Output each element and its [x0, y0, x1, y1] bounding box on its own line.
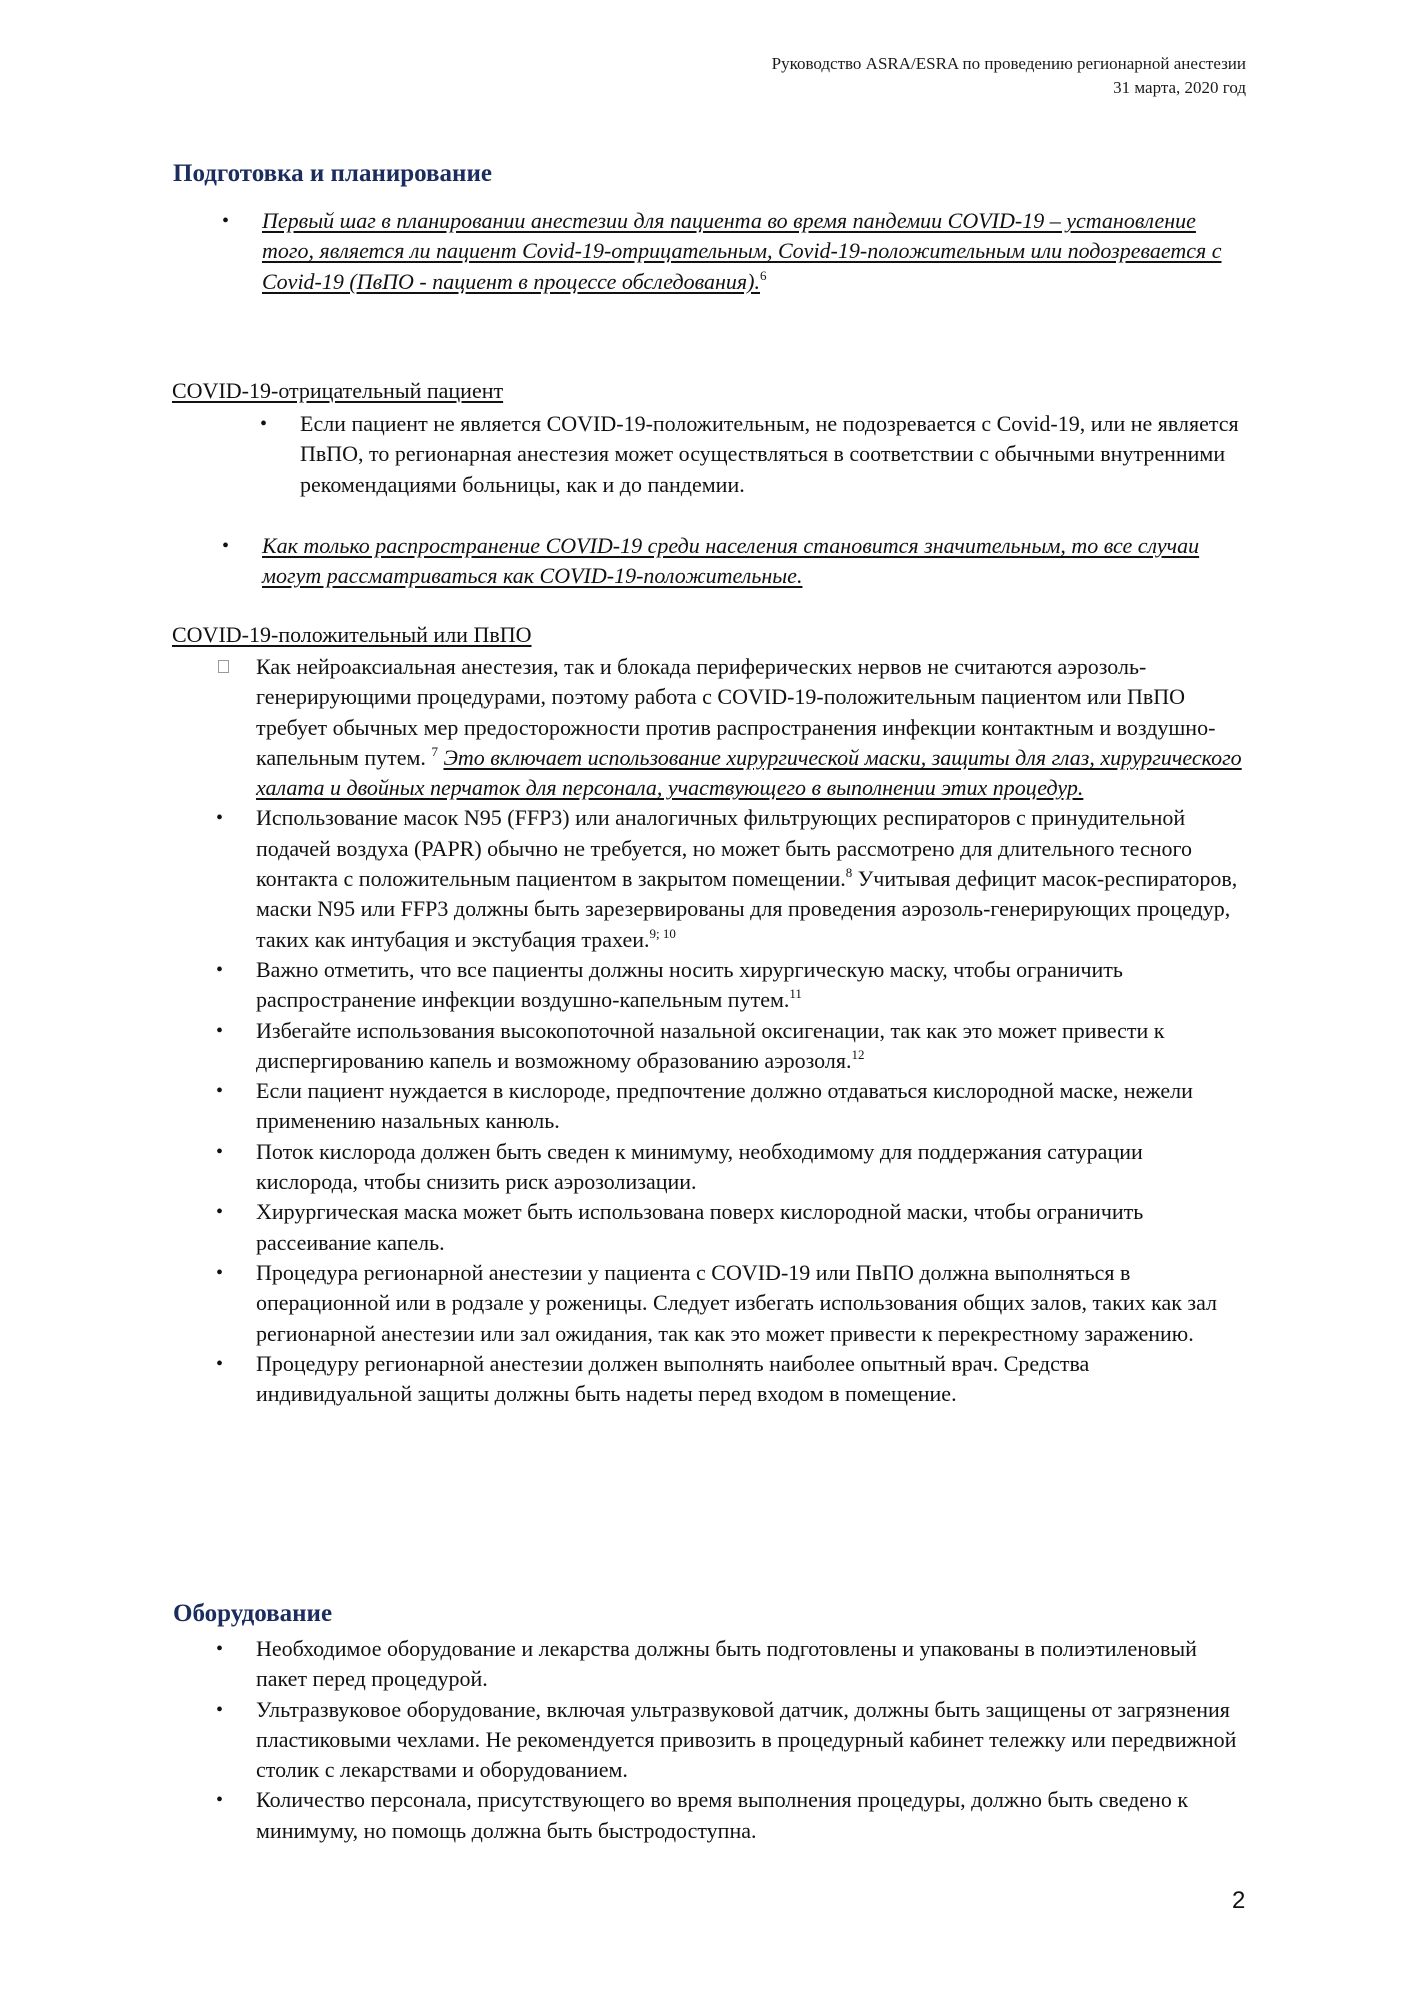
bullet-icon: • — [216, 1016, 223, 1046]
bullet-icon: • — [216, 1076, 223, 1106]
header-date: 31 марта, 2020 год — [772, 76, 1246, 100]
item-text: Как только распространение COVID-19 сред… — [262, 533, 1199, 588]
item-text: Процедуру регионарной анестезии должен в… — [256, 1351, 1089, 1406]
bullet-icon: • — [216, 1349, 223, 1379]
item-text: Первый шаг в планировании анестезии для … — [262, 208, 1222, 294]
list-item: • Если пациент нуждается в кислороде, пр… — [256, 1076, 1246, 1137]
list-item: • Количество персонала, присутствующего … — [256, 1785, 1246, 1846]
bullet-icon: • — [216, 1197, 223, 1227]
list-item: • Избегайте использования высокопоточной… — [256, 1016, 1246, 1077]
item-text: Если пациент не является COVID-19-положи… — [300, 411, 1239, 497]
item-text: Важно отметить, что все пациенты должны … — [256, 957, 1123, 1012]
positive-list: Как нейроаксиальная анестезия, так и бло… — [256, 652, 1246, 1409]
section-heading-planning: Подготовка и планирование — [173, 160, 492, 188]
list-item: • Как только распространение COVID-19 ср… — [262, 531, 1242, 592]
bullet-icon: • — [216, 1785, 223, 1815]
list-item: • Поток кислорода должен быть сведен к м… — [256, 1137, 1246, 1198]
list-item: • Хирургическая маска может быть использ… — [256, 1197, 1246, 1258]
item-text: Хирургическая маска может быть использов… — [256, 1199, 1143, 1254]
item-text: Ультразвуковое оборудование, включая уль… — [256, 1697, 1236, 1783]
negative-list-2: • Как только распространение COVID-19 ср… — [262, 531, 1242, 592]
list-item: • Процедуру регионарной анестезии должен… — [256, 1349, 1246, 1410]
page-number: 2 — [1232, 1887, 1245, 1915]
list-item: • Если пациент не является COVID-19-поло… — [300, 409, 1248, 500]
item-text: Избегайте использования высокопоточной н… — [256, 1018, 1164, 1073]
bullet-icon: • — [216, 1137, 223, 1167]
item-text: Необходимое оборудование и лекарства дол… — [256, 1636, 1197, 1691]
list-item: Как нейроаксиальная анестезия, так и бло… — [256, 652, 1246, 803]
subheading-negative: COVID-19-отрицательный пациент — [172, 378, 503, 404]
bullet-icon: • — [260, 409, 267, 439]
footnote-ref: 6 — [760, 268, 767, 283]
missing-glyph-bullet-icon — [218, 660, 229, 673]
bullet-icon: • — [216, 1695, 223, 1725]
list-item: • Первый шаг в планировании анестезии дл… — [262, 206, 1242, 297]
subheading-positive: COVID-19-положительный или ПвПО — [172, 622, 532, 648]
planning-list: • Первый шаг в планировании анестезии дл… — [262, 206, 1242, 297]
item-text: Процедура регионарной анестезии у пациен… — [256, 1260, 1217, 1346]
bullet-icon: • — [216, 803, 223, 833]
bullet-icon: • — [222, 206, 229, 236]
bullet-icon: • — [222, 531, 229, 561]
item-text: Количество персонала, присутствующего во… — [256, 1787, 1188, 1842]
footnote-ref: 9; 10 — [650, 926, 676, 941]
negative-list: • Если пациент не является COVID-19-поло… — [300, 409, 1248, 500]
bullet-icon: • — [216, 1634, 223, 1664]
equipment-list: • Необходимое оборудование и лекарства д… — [256, 1634, 1246, 1846]
bullet-icon: • — [216, 1258, 223, 1288]
footnote-ref: 12 — [851, 1047, 864, 1062]
list-item: • Процедура регионарной анестезии у паци… — [256, 1258, 1246, 1349]
list-item: • Необходимое оборудование и лекарства д… — [256, 1634, 1246, 1695]
list-item: • Использование масок N95 (FFP3) или ана… — [256, 803, 1246, 954]
list-item: • Важно отметить, что все пациенты должн… — [256, 955, 1246, 1016]
running-header: Руководство ASRA/ESRA по проведению реги… — [772, 52, 1246, 100]
item-text: Поток кислорода должен быть сведен к мин… — [256, 1139, 1143, 1194]
list-item: • Ультразвуковое оборудование, включая у… — [256, 1695, 1246, 1786]
footnote-ref: 11 — [789, 986, 802, 1001]
header-title: Руководство ASRA/ESRA по проведению реги… — [772, 52, 1246, 76]
section-heading-equipment: Оборудование — [173, 1600, 332, 1628]
footnote-ref: 7 — [431, 744, 438, 759]
bullet-icon: • — [216, 955, 223, 985]
item-text: Если пациент нуждается в кислороде, пред… — [256, 1078, 1193, 1133]
footnote-ref: 8 — [846, 865, 853, 880]
